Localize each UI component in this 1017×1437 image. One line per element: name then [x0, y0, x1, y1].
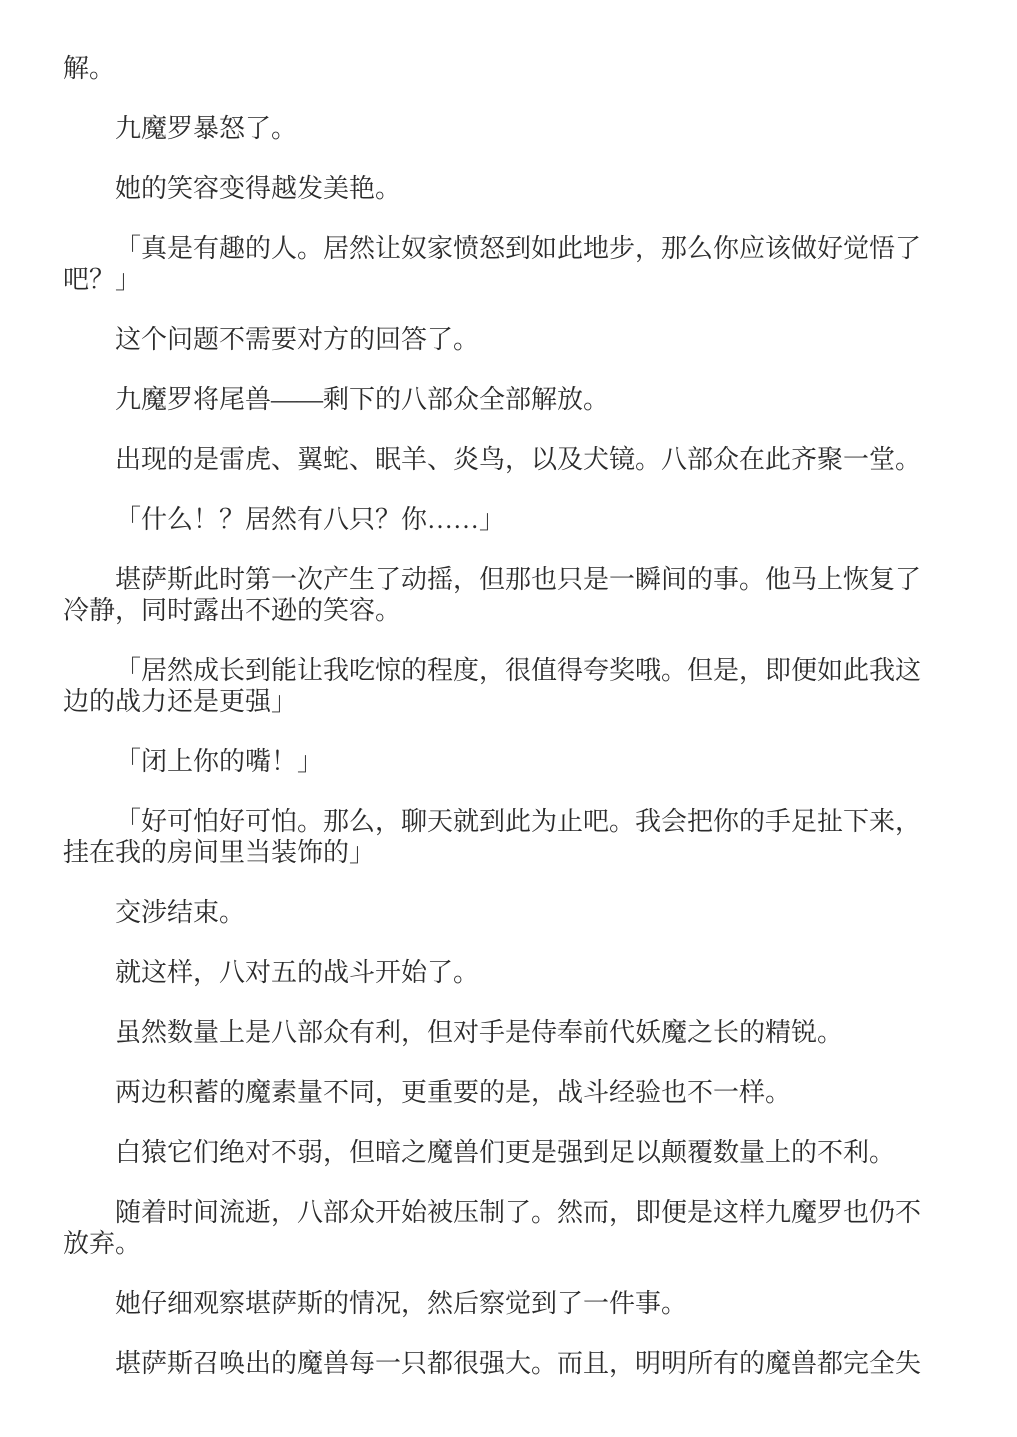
paragraph: 「什么！？居然有八只？你……」: [63, 504, 929, 535]
paragraph: 两边积蓄的魔素量不同，更重要的是，战斗经验也不一样。: [63, 1077, 929, 1108]
paragraph: 她仔细观察堪萨斯的情况，然后察觉到了一件事。: [63, 1288, 929, 1319]
paragraph: 堪萨斯此时第一次产生了动摇，但那也只是一瞬间的事。他马上恢复了冷静，同时露出不逊…: [63, 564, 929, 626]
paragraph: 交涉结束。: [63, 897, 929, 928]
paragraph: 「真是有趣的人。居然让奴家愤怒到如此地步，那么你应该做好觉悟了吧？」: [63, 233, 929, 295]
paragraph: 出现的是雷虎、翼蛇、眠羊、炎鸟，以及犬镜。八部众在此齐聚一堂。: [63, 444, 929, 475]
paragraph: 就这样，八对五的战斗开始了。: [63, 957, 929, 988]
paragraph: 堪萨斯召唤出的魔兽每一只都很强大。而且，明明所有的魔兽都完全失: [63, 1348, 929, 1379]
paragraph: 「闭上你的嘴！」: [63, 746, 929, 777]
paragraph: 白猿它们绝对不弱，但暗之魔兽们更是强到足以颠覆数量上的不利。: [63, 1137, 929, 1168]
paragraph: 「居然成长到能让我吃惊的程度，很值得夸奖哦。但是，即便如此我这边的战力还是更强」: [63, 655, 929, 717]
paragraph: 解。: [63, 53, 929, 84]
document-page: 解。九魔罗暴怒了。她的笑容变得越发美艳。「真是有趣的人。居然让奴家愤怒到如此地步…: [0, 0, 1017, 1437]
page-content: 解。九魔罗暴怒了。她的笑容变得越发美艳。「真是有趣的人。居然让奴家愤怒到如此地步…: [63, 53, 929, 1379]
paragraph: 她的笑容变得越发美艳。: [63, 173, 929, 204]
paragraph: 虽然数量上是八部众有利，但对手是侍奉前代妖魔之长的精锐。: [63, 1017, 929, 1048]
paragraph: 九魔罗将尾兽——剩下的八部众全部解放。: [63, 384, 929, 415]
paragraph: 这个问题不需要对方的回答了。: [63, 324, 929, 355]
paragraph: 九魔罗暴怒了。: [63, 113, 929, 144]
paragraph: 随着时间流逝，八部众开始被压制了。然而，即便是这样九魔罗也仍不放弃。: [63, 1197, 929, 1259]
paragraph: 「好可怕好可怕。那么，聊天就到此为止吧。我会把你的手足扯下来，挂在我的房间里当装…: [63, 806, 929, 868]
